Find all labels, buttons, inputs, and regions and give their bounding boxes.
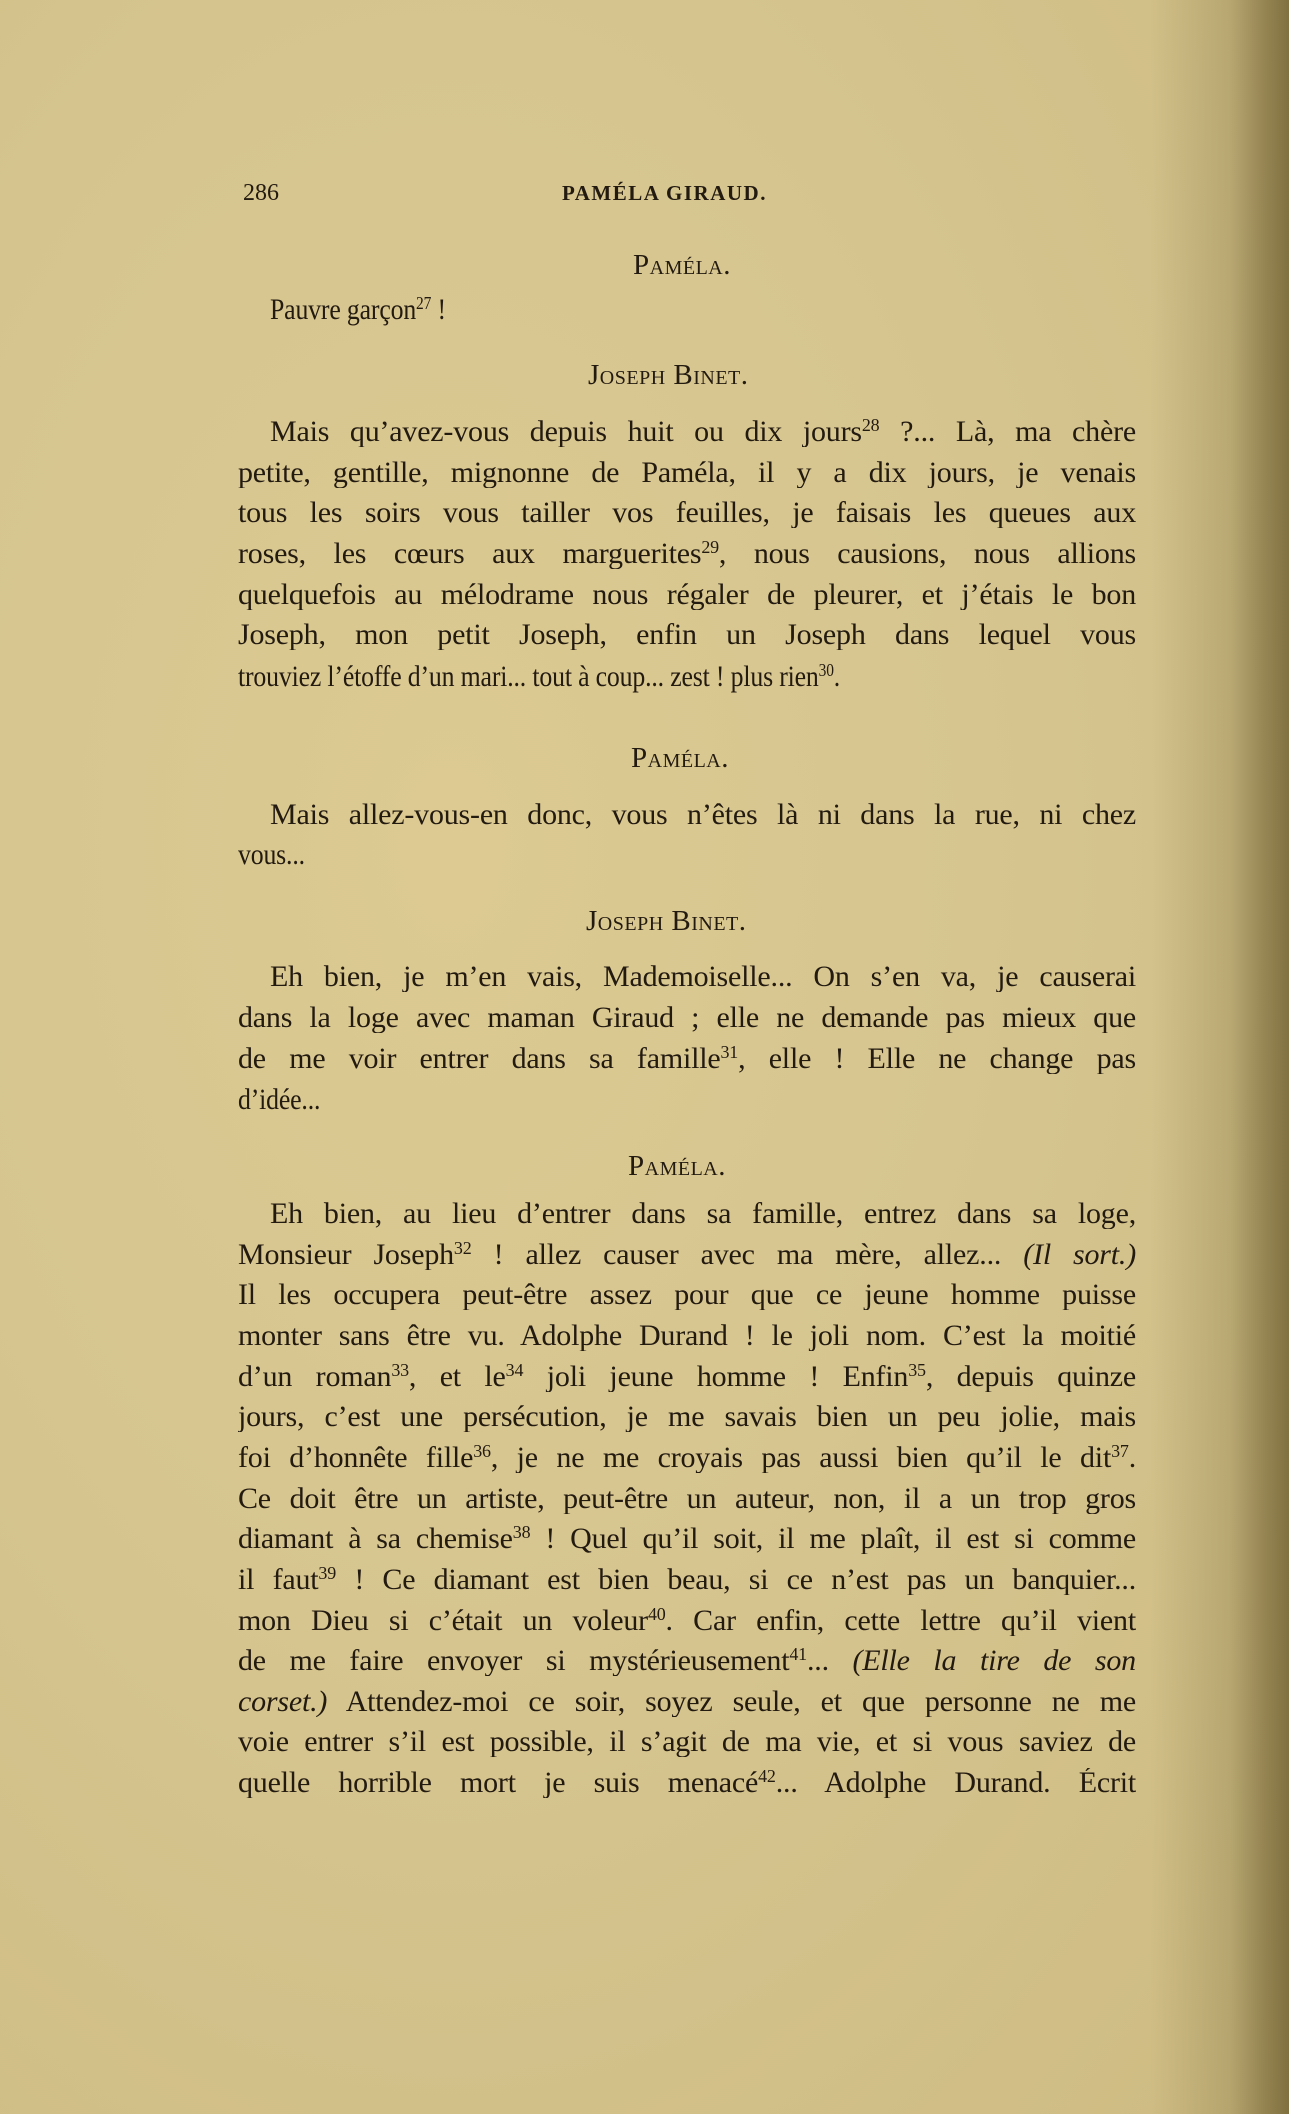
text-run: Il les occupera peut-être assez pour que… (238, 1280, 1136, 1310)
text-run: quelquefois au mélodrame nous régaler de… (238, 580, 1136, 610)
text-line: roses, les cœurs aux marguerites29, nous… (238, 539, 1136, 569)
text-run: Mais allez-vous-en donc, vous n’êtes là … (270, 800, 1136, 830)
speaker-name: Paméla. (633, 251, 731, 280)
text-run: foi d’honnête fille (238, 1443, 473, 1473)
text-line: Il les occupera peut-être assez pour que… (238, 1280, 1136, 1310)
footnote-ref: 38 (513, 1524, 531, 1542)
text-run: ... Adolphe Durand. Écrit (776, 1768, 1136, 1798)
footnote-ref: 30 (819, 660, 834, 680)
footnote-ref: 29 (701, 539, 719, 557)
footnote-ref: 37 (1111, 1443, 1129, 1461)
text-line: d’idée... (238, 1085, 1136, 1115)
text-line: quelquefois au mélodrame nous régaler de… (238, 580, 1136, 610)
text-run: ! Ce diamant est bien beau, si ce n’est … (336, 1565, 1136, 1595)
footnote-ref: 36 (473, 1443, 491, 1461)
text-line: quelle horrible mort je suis menacé42...… (238, 1768, 1136, 1798)
text-line: vous... (238, 840, 1136, 870)
text-run: tous les soirs vous tailler vos feuilles… (238, 498, 1136, 528)
footnote-ref: 31 (721, 1044, 739, 1062)
footnote-ref: 28 (862, 417, 880, 435)
text-run: d’idée... (238, 1083, 320, 1116)
text-line: mon Dieu si c’était un voleur40. Car enf… (238, 1606, 1136, 1636)
stage-direction: (Elle la tire de son (853, 1646, 1136, 1676)
speaker-name: Joseph Binet. (588, 361, 749, 390)
text-run: d’un roman (238, 1362, 391, 1392)
text-run: , je ne me croyais pas aussi bien qu’il … (491, 1443, 1111, 1473)
text-run: , depuis quinze (926, 1362, 1136, 1392)
page-number: 286 (243, 180, 279, 206)
text-line: Eh bien, au lieu d’entrer dans sa famill… (270, 1199, 1136, 1229)
footnote-ref: 39 (318, 1565, 336, 1583)
text-run: Attendez-moi ce soir, soyez seule, et qu… (327, 1687, 1136, 1717)
text-line: Pauvre garçon27 ! (270, 295, 1136, 325)
text-run: mon Dieu si c’était un voleur (238, 1606, 648, 1636)
footnote-ref: 35 (908, 1362, 926, 1380)
text-run: joli jeune homme ! Enfin (523, 1362, 908, 1392)
footnote-ref: 27 (416, 293, 431, 313)
text-line: dans la loge avec maman Giraud ; elle ne… (238, 1003, 1136, 1033)
text-run: petite, gentille, mignonne de Paméla, il… (238, 458, 1136, 488)
text-line: Eh bien, je m’en vais, Mademoiselle... O… (270, 962, 1136, 992)
stage-direction: corset.) (238, 1687, 327, 1717)
text-line: de me faire envoyer si mystérieusement41… (238, 1646, 1136, 1676)
text-line: Mais allez-vous-en donc, vous n’êtes là … (270, 800, 1136, 830)
text-line: corset.) Attendez-moi ce soir, soyez seu… (238, 1687, 1136, 1717)
text-run: il faut (238, 1565, 318, 1595)
running-head: 286 PAMÉLA GIRAUD. (0, 180, 1289, 206)
text-run: monter sans être vu. Adolphe Durand ! le… (238, 1321, 1136, 1351)
text-line: il faut39 ! Ce diamant est bien beau, si… (238, 1565, 1136, 1595)
text-line: d’un roman33, et le34 joli jeune homme !… (238, 1362, 1136, 1392)
footnote-ref: 42 (758, 1768, 776, 1786)
text-line: de me voir entrer dans sa famille31, ell… (238, 1044, 1136, 1074)
text-line: voie entrer s’il est possible, il s’agit… (238, 1727, 1136, 1757)
text-run: roses, les cœurs aux marguerites (238, 539, 701, 569)
text-run: de me voir entrer dans sa famille (238, 1044, 721, 1074)
text-line: jours, c’est une persécution, je me sava… (238, 1402, 1136, 1432)
text-run: ! Quel qu’il soit, il me plaît, il est s… (530, 1524, 1136, 1554)
text-run: Eh bien, au lieu d’entrer dans sa famill… (270, 1199, 1136, 1229)
text-run: voie entrer s’il est possible, il s’agit… (238, 1727, 1136, 1757)
text-run: jours, c’est une persécution, je me sava… (238, 1402, 1136, 1432)
text-line: Monsieur Joseph32 ! allez causer avec ma… (238, 1240, 1136, 1270)
text-run: . (1129, 1443, 1136, 1473)
text-run: de me faire envoyer si mystérieusement (238, 1646, 789, 1676)
text-run: Joseph, mon petit Joseph, enfin un Josep… (238, 620, 1136, 650)
text-line: Ce doit être un artiste, peut-être un au… (238, 1484, 1136, 1514)
text-run: . Car enfin, cette lettre qu’il vient (666, 1606, 1136, 1636)
speaker-name: Paméla. (628, 1152, 726, 1181)
footnote-ref: 41 (789, 1646, 807, 1664)
text-run: Ce doit être un artiste, peut-être un au… (238, 1484, 1136, 1514)
footnote-ref: 33 (391, 1362, 409, 1380)
footnote-ref: 32 (454, 1240, 472, 1258)
text-run: vous... (238, 838, 305, 871)
text-run: diamant à sa chemise (238, 1524, 513, 1554)
text-run: ?... Là, ma chère (879, 417, 1136, 447)
stage-direction: (Il sort.) (1023, 1240, 1136, 1270)
text-run: dans la loge avec maman Giraud ; elle ne… (238, 1003, 1136, 1033)
text-line: foi d’honnête fille36, je ne me croyais … (238, 1443, 1136, 1473)
text-run: , nous causions, nous allions (719, 539, 1136, 569)
text-run: Eh bien, je m’en vais, Mademoiselle... O… (270, 962, 1136, 992)
running-title: PAMÉLA GIRAUD. (562, 180, 767, 206)
footnote-ref: 34 (506, 1362, 524, 1380)
footnote-ref: 40 (648, 1606, 666, 1624)
text-run: , elle ! Elle ne change pas (738, 1044, 1136, 1074)
text-run: , et le (409, 1362, 506, 1392)
text-line: petite, gentille, mignonne de Paméla, il… (238, 458, 1136, 488)
text-run: ... (807, 1646, 853, 1676)
text-run: Mais qu’avez-vous depuis huit ou dix jou… (270, 417, 862, 447)
text-line: Mais qu’avez-vous depuis huit ou dix jou… (270, 417, 1136, 447)
text-run: quelle horrible mort je suis menacé (238, 1768, 758, 1798)
text-run: ! allez causer avec ma mère, allez... (472, 1240, 1024, 1270)
speaker-name: Paméla. (631, 744, 729, 773)
text-run: . (834, 660, 840, 693)
text-line: monter sans être vu. Adolphe Durand ! le… (238, 1321, 1136, 1351)
text-run: Monsieur Joseph (238, 1240, 454, 1270)
text-run: Pauvre garçon (270, 293, 416, 326)
speaker-name: Joseph Binet. (586, 907, 747, 936)
text-run: ! (431, 293, 446, 326)
text-line: diamant à sa chemise38 ! Quel qu’il soit… (238, 1524, 1136, 1554)
text-line: tous les soirs vous tailler vos feuilles… (238, 498, 1136, 528)
text-line: Joseph, mon petit Joseph, enfin un Josep… (238, 620, 1136, 650)
text-line: trouviez l’étoffe d’un mari... tout à co… (238, 662, 1136, 692)
text-run: trouviez l’étoffe d’un mari... tout à co… (238, 660, 819, 693)
